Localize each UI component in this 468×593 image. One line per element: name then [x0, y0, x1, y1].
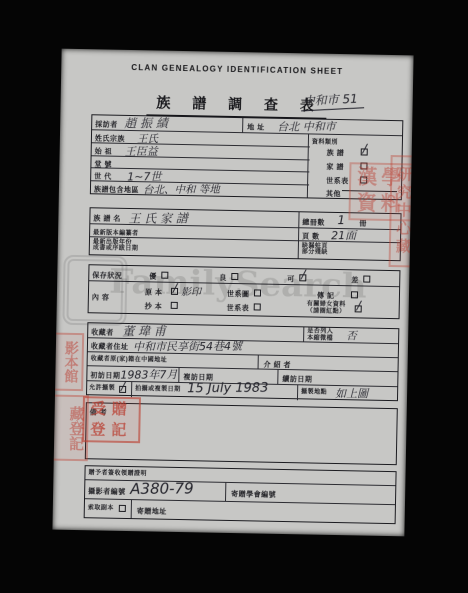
- region-value: 台北、中和 等地: [143, 182, 220, 198]
- divider: [258, 355, 259, 368]
- volumes-value: 1: [337, 213, 345, 227]
- first-visit-value: 1983年7月: [120, 366, 177, 382]
- volumes-label: 總冊數: [302, 217, 325, 227]
- genealogy-title-label: 族 譜 名: [93, 213, 121, 224]
- film-date-value: 15 July 1983: [187, 381, 268, 397]
- permission-mark: ∕: [121, 379, 125, 393]
- film-place-label: 攝製地點: [301, 389, 327, 396]
- interviewer-value: 趙 振 績: [124, 114, 168, 131]
- copy-checkbox: [119, 505, 126, 512]
- familysearch-watermark: FamilySearch: [109, 262, 367, 307]
- owner-address-label: 收藏者住址: [91, 341, 129, 352]
- society-no-label: 寄贈學會編號: [231, 489, 276, 500]
- block2-left-column: 族 譜 名 王 氏 家 譜 最新版本編纂者 最新出版年份 成書或序跋日期: [90, 208, 301, 258]
- donation-address-label: 寄贈地址: [137, 506, 167, 517]
- photo-background: CLAN GENEALOGY IDENTIFICATION SHEET 族 譜 …: [0, 0, 468, 593]
- genealogy-title-value: 王 氏 家 譜: [128, 209, 188, 226]
- divider: [178, 368, 179, 382]
- origin-label: 收藏者原(家)籍在中國地址: [91, 356, 168, 364]
- divider: [242, 118, 243, 132]
- content-opt3-label: 世系表: [227, 303, 250, 313]
- generations-label: 世 代: [94, 171, 112, 181]
- damage-label2: 部分殘缺: [302, 249, 328, 256]
- category-opt0-label: 族 譜: [327, 148, 345, 158]
- category-label: 資料類別: [312, 136, 338, 145]
- microfilm-label: 是否列入: [307, 328, 333, 335]
- followup-label: 續訪日期: [282, 374, 312, 385]
- divider: [131, 500, 132, 518]
- film-place-value: 如上圖: [335, 385, 368, 401]
- pages-value: 21面: [331, 227, 356, 243]
- address-label: 地 址: [247, 122, 265, 132]
- row-damage: 缺漏蛀頁 部分殘缺: [299, 241, 400, 259]
- pages-label: 頁 數: [302, 231, 320, 241]
- permission-label: 允許攝製: [89, 385, 115, 392]
- clan-label: 姓氏宗族: [95, 133, 125, 144]
- photographer-no-value: A380-79: [130, 479, 194, 497]
- content-opt1-label: 抄 本: [145, 301, 163, 311]
- block-owner-info: 收藏者 董 瑋 甫 是否列入 本縮微檔 否 收藏者住址 中和市民享街54巷4號 …: [86, 322, 399, 401]
- category-opt0-checkbox: ∕: [361, 148, 368, 155]
- owner-label: 收藏者: [91, 327, 114, 337]
- red-seal-left-top: 影本館: [52, 332, 84, 391]
- interviewer-label: 採訪者: [95, 119, 118, 129]
- copy-label: 索取副本: [88, 505, 114, 512]
- permission-checkbox: ∕: [119, 386, 126, 393]
- ancestor-label: 始 祖: [95, 146, 113, 156]
- category-opt0-mark: ∕: [363, 141, 367, 155]
- film-date-label: 拍攝或複製日期: [135, 386, 181, 393]
- block1-left-column: 姓氏宗族 王氏 始 祖 王臣益 堂 號 世 代 1~7世: [91, 130, 310, 197]
- red-seal-remarks-stamp: 受贈登記: [82, 396, 141, 443]
- divider: [225, 483, 226, 501]
- certificate-label: 贈予者簽收領贈證明: [88, 470, 147, 478]
- divider: [297, 385, 298, 400]
- divider: [277, 370, 278, 384]
- photographer-no-label: 攝影者編號: [88, 486, 126, 497]
- red-seal-right-strip: 研究中心藏: [389, 155, 414, 267]
- category-opt1-label: 家 譜: [326, 162, 344, 172]
- microfilm-label2: 本縮微檔: [307, 335, 333, 342]
- sheet-title-en: CLAN GENEALOGY IDENTIFICATION SHEET: [61, 62, 413, 78]
- pubyear-label2: 成書或序跋日期: [93, 245, 139, 252]
- row-pubyear: 最新出版年份 成書或序跋日期: [90, 237, 300, 257]
- handwritten-annotation: 中和市 51: [300, 89, 364, 111]
- owner-address-value: 中和市民享街54巷4號: [133, 338, 242, 355]
- content-opt5-sub: （請圈紅點）: [307, 308, 346, 315]
- owner-value: 董 瑋 甫: [122, 322, 166, 339]
- region-label: 族譜包含地區: [94, 184, 139, 195]
- divider: [131, 382, 132, 397]
- block-donation: 贈予者簽收領贈證明 攝影者編號 A380-79 寄贈學會編號 索取副本 寄贈地址: [84, 465, 397, 524]
- first-visit-label: 初訪日期: [90, 370, 120, 381]
- compiler-label: 最新版本編纂者: [93, 227, 139, 237]
- introducer-label: 介 紹 者: [264, 360, 292, 371]
- divider: [303, 327, 304, 341]
- address-value: 台北 中和市: [277, 118, 336, 134]
- microfilm-value: 否: [346, 328, 357, 343]
- category-other-label: 其他: [326, 189, 341, 199]
- paper-sheet: CLAN GENEALOGY IDENTIFICATION SHEET 族 譜 …: [52, 49, 413, 537]
- ancestor-value: 王臣益: [125, 143, 158, 159]
